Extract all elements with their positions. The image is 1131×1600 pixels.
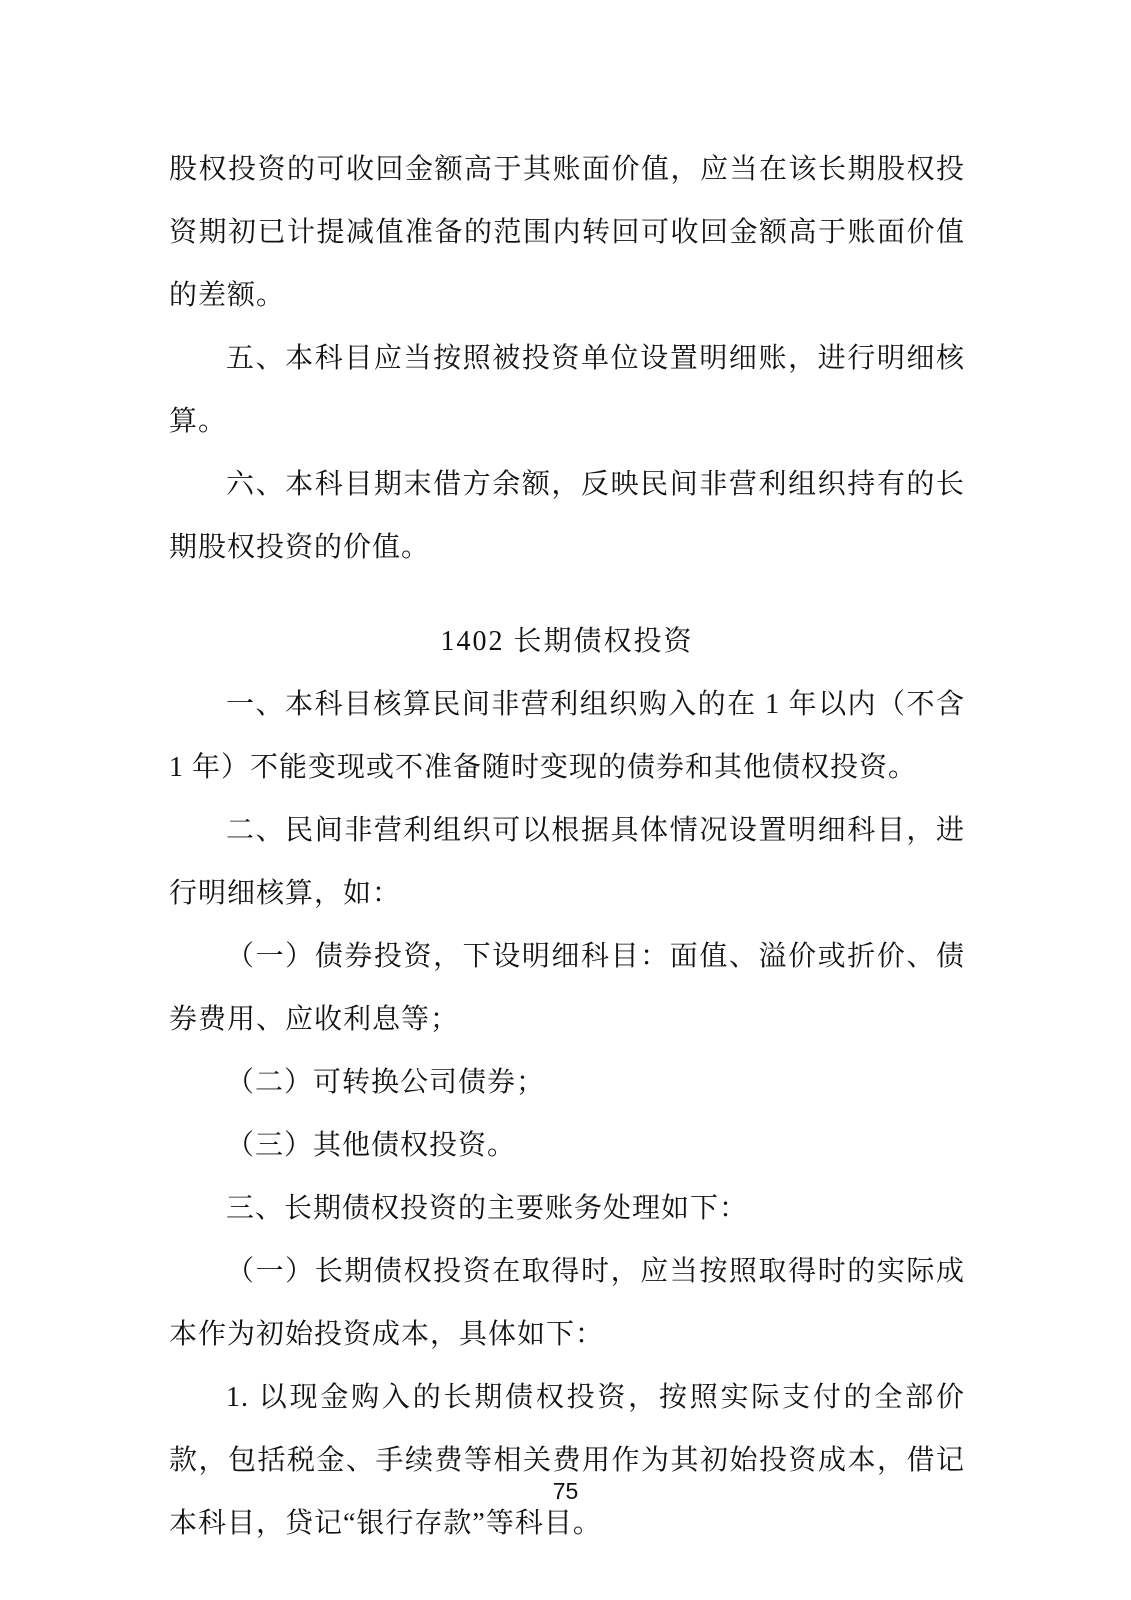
body-paragraph: 一、本科目核算民间非营利组织购入的在 1 年以内（不含 1 年）不能变现或不准备… [169, 673, 965, 799]
body-paragraph: （三）其他债权投资。 [169, 1114, 965, 1177]
document-page: 股权投资的可收回金额高于其账面价值，应当在该长期股权投资期初已计提减值准备的范围… [0, 0, 1131, 1600]
body-paragraph: 1. 以现金购入的长期债权投资，按照实际支付的全部价款，包括税金、手续费等相关费… [169, 1366, 965, 1555]
document-body: 股权投资的可收回金额高于其账面价值，应当在该长期股权投资期初已计提减值准备的范围… [169, 138, 965, 1555]
body-paragraph: （一）长期债权投资在取得时，应当按照取得时的实际成本作为初始投资成本，具体如下： [169, 1240, 965, 1366]
body-paragraph: 五、本科目应当按照被投资单位设置明细账，进行明细核算。 [169, 327, 965, 453]
body-paragraph: 三、长期债权投资的主要账务处理如下： [169, 1177, 965, 1240]
body-paragraph: 股权投资的可收回金额高于其账面价值，应当在该长期股权投资期初已计提减值准备的范围… [169, 138, 965, 327]
body-paragraph: 二、民间非营利组织可以根据具体情况设置明细科目，进行明细核算，如： [169, 799, 965, 925]
body-paragraph: （一）债券投资，下设明细科目：面值、溢价或折价、债券费用、应收利息等； [169, 925, 965, 1051]
body-paragraph: 六、本科目期末借方余额，反映民间非营利组织持有的长期股权投资的价值。 [169, 453, 965, 579]
page-number-footer: 75 [0, 1478, 1131, 1505]
body-paragraph: （二）可转换公司债券； [169, 1051, 965, 1114]
section-heading: 1402 长期债权投资 [169, 610, 965, 673]
